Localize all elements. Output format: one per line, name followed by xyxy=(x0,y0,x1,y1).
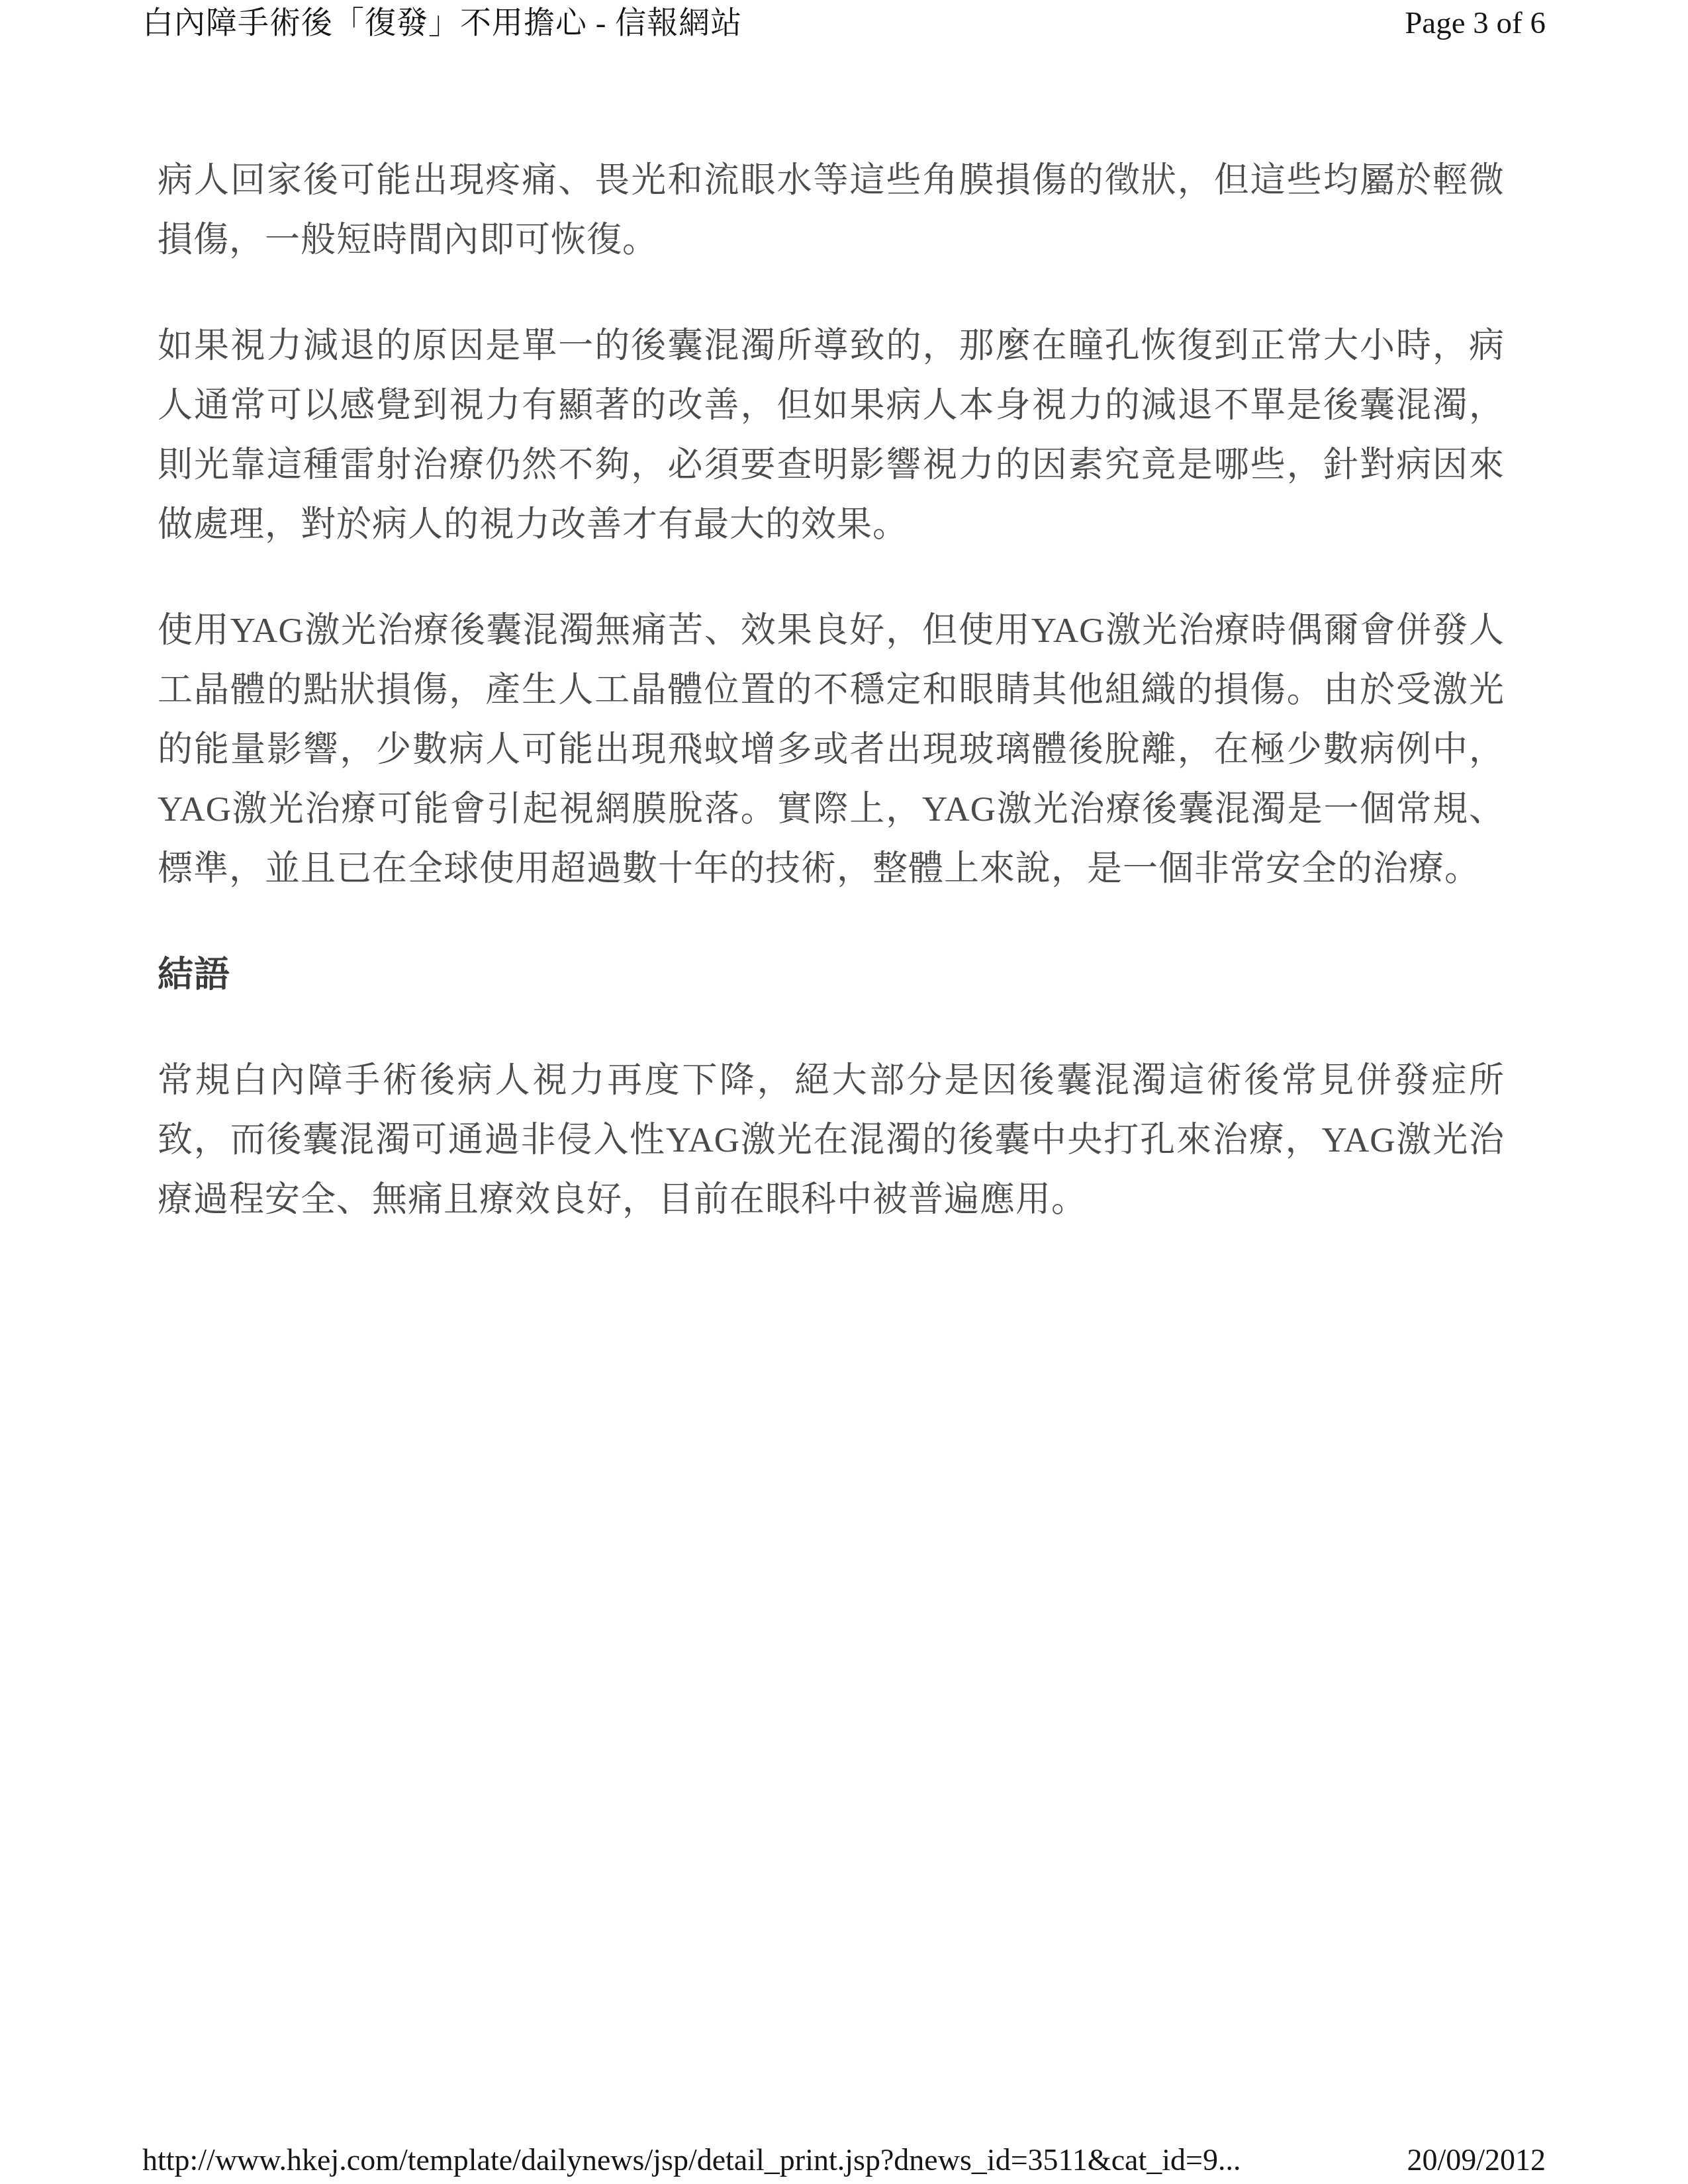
source-url: http://www.hkej.com/template/dailynews/j… xyxy=(142,2142,1241,2179)
section-heading-conclusion: 結語 xyxy=(158,945,1505,1005)
article-body: 病人回家後可能出現疼痛、畏光和流眼水等這些角膜損傷的徵狀，但這些均屬於輕微損傷，… xyxy=(158,151,1505,1276)
page-number-indicator: Page 3 of 6 xyxy=(1405,4,1546,42)
page-footer: http://www.hkej.com/template/dailynews/j… xyxy=(142,2142,1546,2179)
document-title: 白內障手術後「復發」不用擔心 - 信報網站 xyxy=(142,4,742,42)
article-paragraph-3: 使用YAG激光治療後囊混濁無痛苦、效果良好，但使用YAG激光治療時偶爾會併發人工… xyxy=(158,601,1505,899)
print-date: 20/09/2012 xyxy=(1407,2142,1546,2179)
print-preview-page: 白內障手術後「復發」不用擔心 - 信報網站 Page 3 of 6 病人回家後可… xyxy=(0,0,1688,2184)
article-paragraph-1: 病人回家後可能出現疼痛、畏光和流眼水等這些角膜損傷的徵狀，但這些均屬於輕微損傷，… xyxy=(158,151,1505,270)
article-paragraph-4: 常規白內障手術後病人視力再度下降，絕大部分是因後囊混濁這術後常見併發症所致，而後… xyxy=(158,1051,1505,1230)
page-header: 白內障手術後「復發」不用擔心 - 信報網站 Page 3 of 6 xyxy=(142,4,1546,42)
article-paragraph-2: 如果視力減退的原因是單一的後囊混濁所導致的，那麼在瞳孔恢復到正常大小時，病人通常… xyxy=(158,316,1505,555)
